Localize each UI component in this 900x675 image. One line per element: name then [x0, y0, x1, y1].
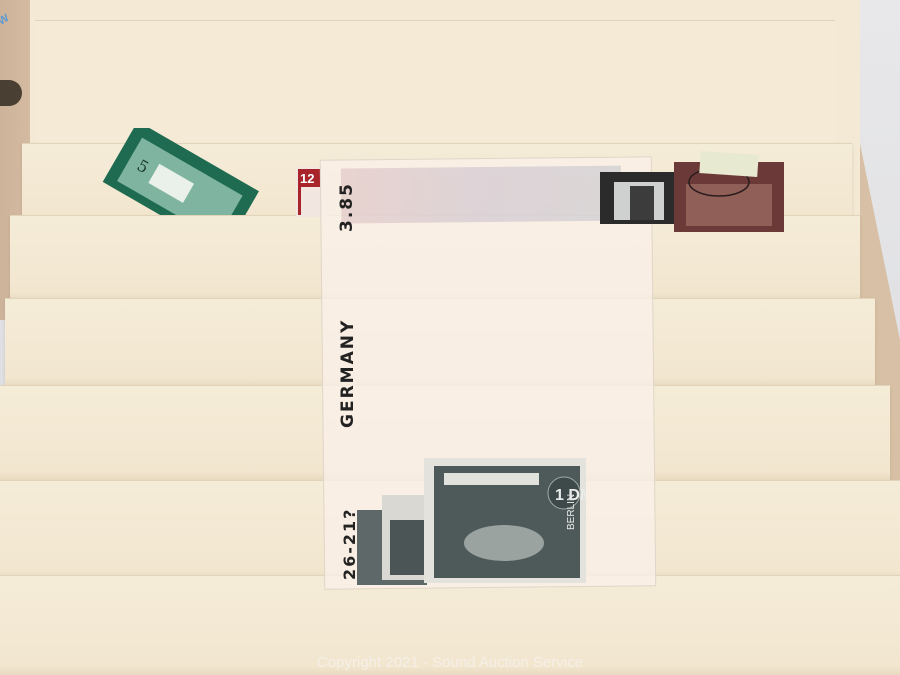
country-note: GERMANY [338, 319, 358, 428]
stamps-inside-envelope [341, 166, 622, 224]
binder-hole [0, 80, 22, 106]
black-reich-stamp[interactable] [600, 172, 678, 224]
svg-text:12: 12 [300, 171, 314, 186]
svg-text:BERLIN: BERLIN [566, 494, 577, 530]
berlin-stamp[interactable]: 1 DM BERLIN [424, 458, 586, 583]
price-note: 3.85 [337, 182, 357, 232]
stamp-album: W 5 12 3.85 GERMANY [0, 0, 900, 675]
copyright-watermark: Copyright 2021 - Sound Auction Service [0, 654, 900, 671]
green-german-stamp[interactable]: 5 [95, 128, 270, 228]
hinge-tab [699, 151, 758, 177]
range-note: 26-21? [340, 508, 359, 580]
